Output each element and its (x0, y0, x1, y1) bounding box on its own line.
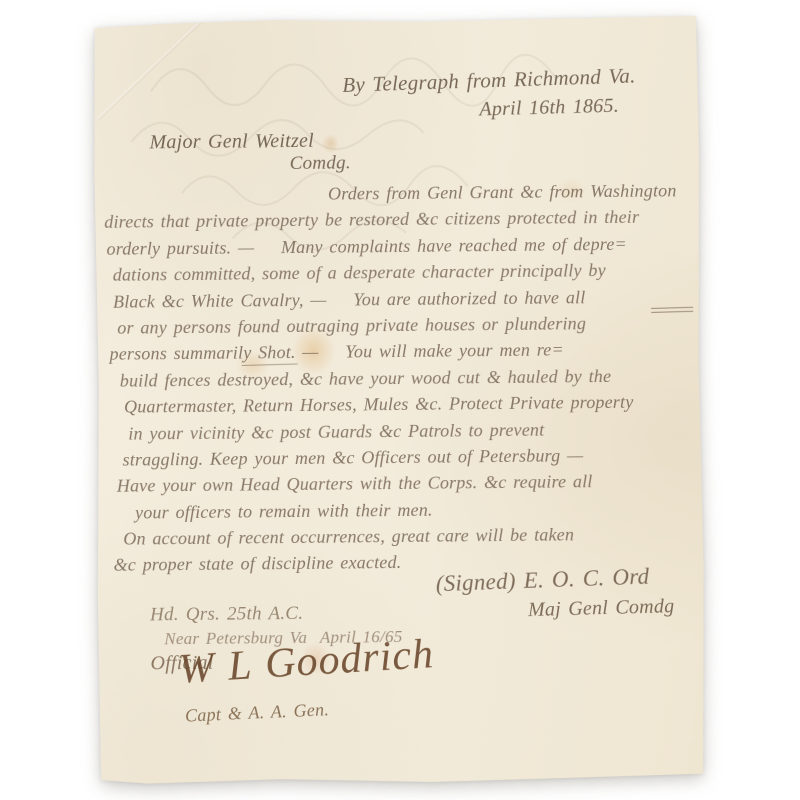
endorsement-headquarters: Hd. Qrs. 25th A.C. (150, 603, 303, 626)
addressee-name: Major Genl Weitzel (149, 130, 314, 155)
paper-stain (321, 134, 339, 154)
photo-background: By Telegraph from Richmond Va. April 16t… (0, 0, 800, 800)
letter-paper: By Telegraph from Richmond Va. April 16t… (92, 16, 705, 786)
paper-sheet: By Telegraph from Richmond Va. April 16t… (92, 16, 705, 786)
addressee-title: Comdg. (290, 152, 351, 175)
letter-body: Orders from Genl Grant &c from Washingto… (104, 177, 696, 578)
signer-title: Maj Genl Comdg (528, 595, 675, 622)
goodrich-title: Capt & A. A. Gen. (185, 699, 330, 726)
